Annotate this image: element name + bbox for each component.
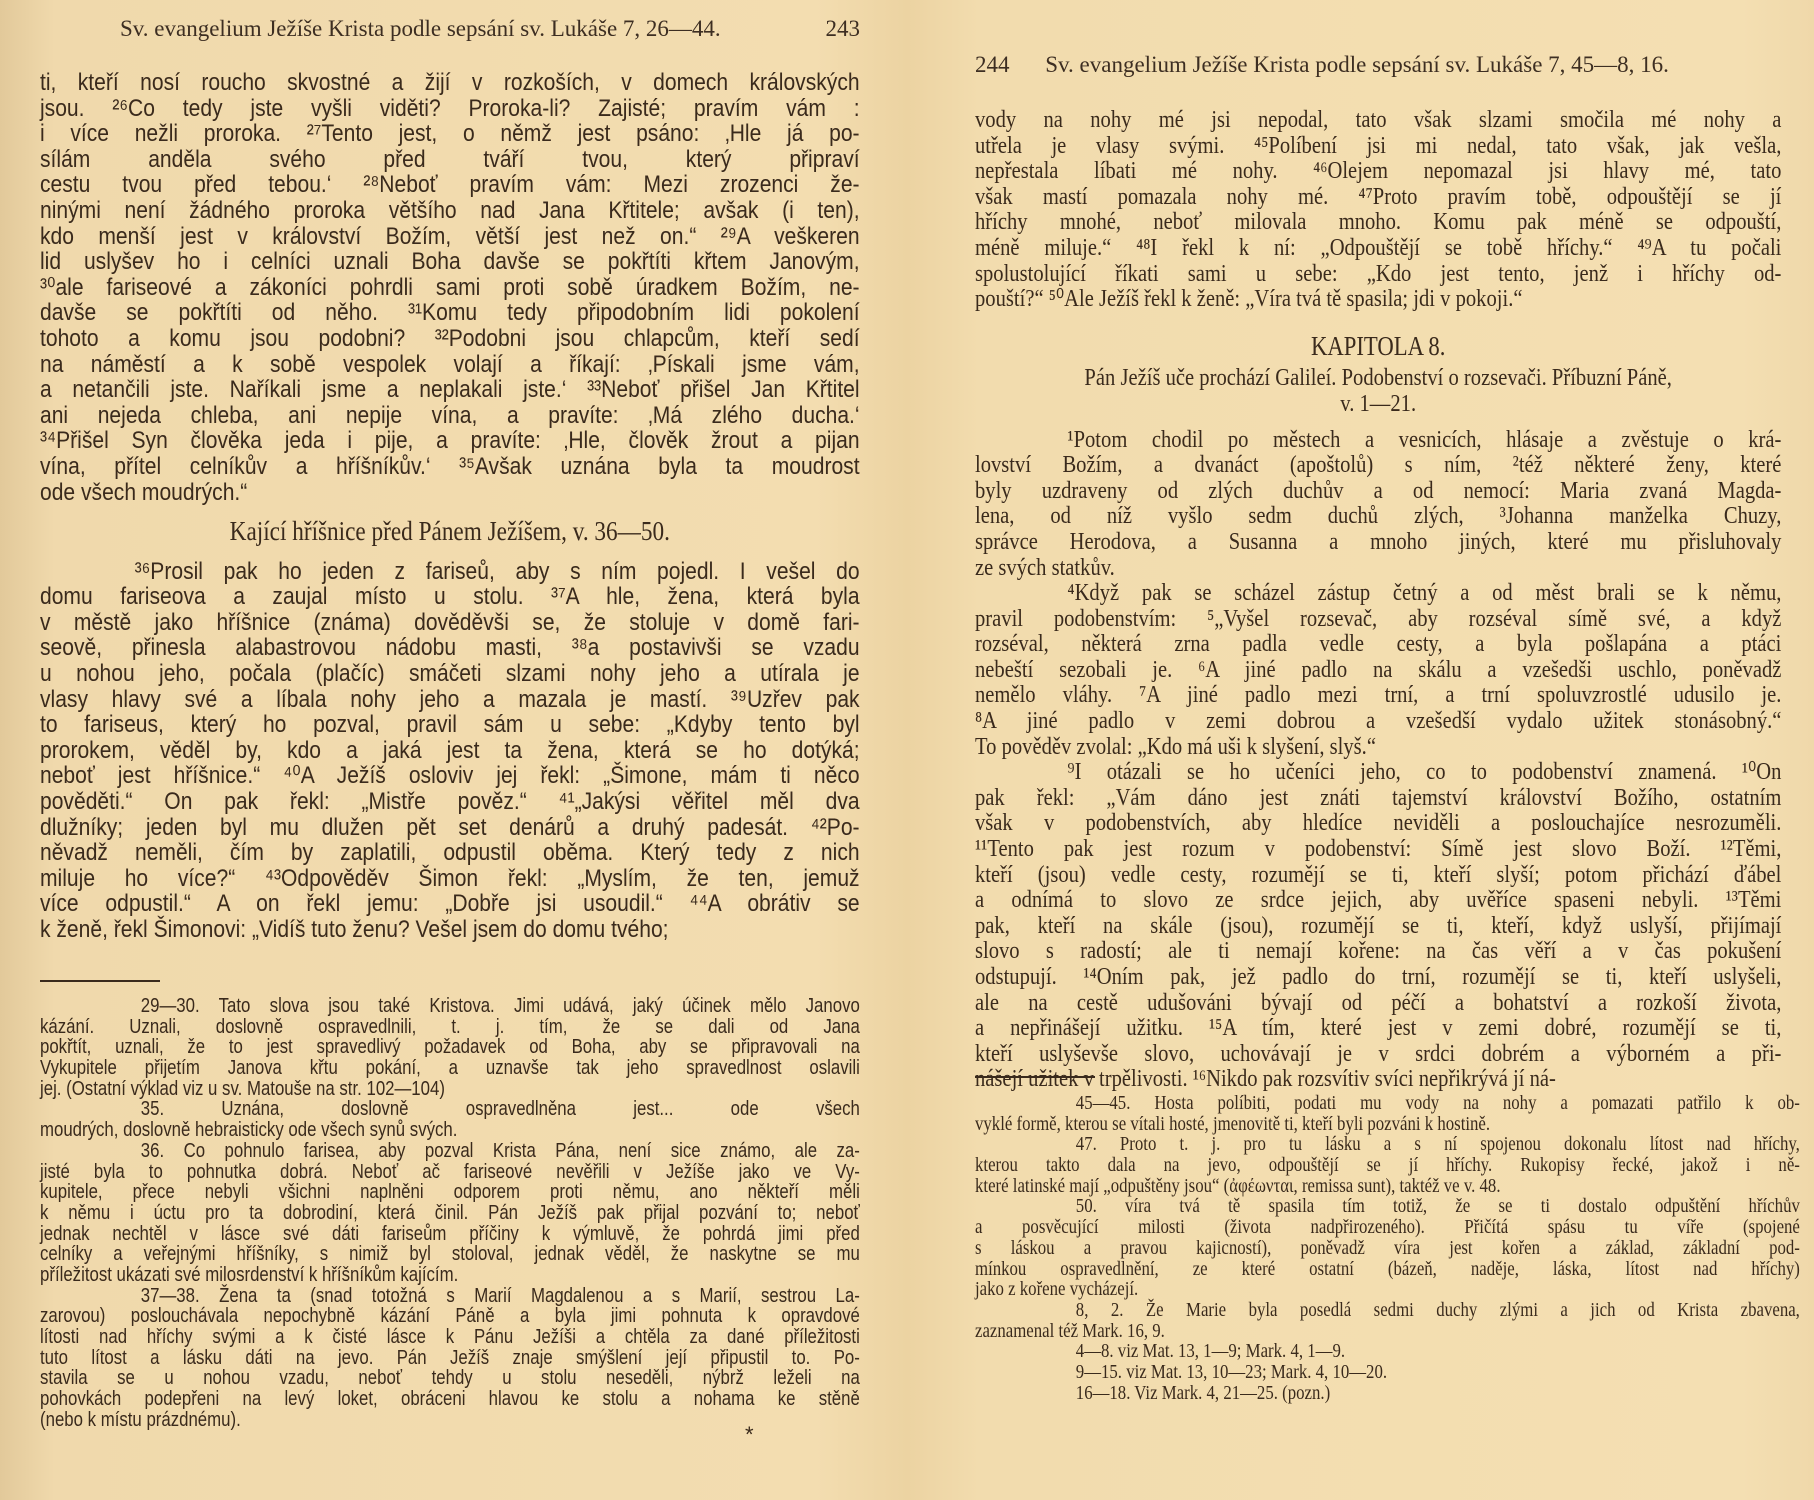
text-line: u nohou jeho, počala (plačíc) smáčeti sl… [40, 661, 860, 687]
footnote-rule [40, 980, 160, 982]
text-line: 35. Uznána, doslovně ospravedlněna jest.… [40, 1099, 860, 1120]
text-line: kázání. Uznali, doslovně ospravedlnili, … [40, 1017, 860, 1038]
text-line: Vykupitele přijetím Janova křtu pokání, … [40, 1058, 860, 1079]
text-line: zarovou) poslouchávala nepochybně kázání… [40, 1306, 860, 1327]
text-line: ⁴Když pak se scházel zástup četný a od m… [975, 580, 1781, 606]
text-line: 4—8. viz Mat. 13, 1—9; Mark. 4, 1—9. [975, 1341, 1800, 1362]
text-line: kteří (jsou) vedle cesty, rozumějí se ti… [975, 862, 1781, 888]
text-line: které latinské mají „odpuštěny jsou“ (ἀφ… [975, 1176, 1800, 1197]
text-line: ³⁶Prosil pak ho jeden z fariseů, aby s n… [40, 559, 860, 585]
text-line: a odnímá to slovo ze srdce jejich, aby u… [975, 887, 1781, 913]
text-line: lena, od níž vyšlo sedm duchů zlých, ³Jo… [975, 503, 1781, 529]
text-line: 29—30. Tato slova jsou také Kristova. Ji… [40, 996, 860, 1017]
text-line: rozséval, některá zrna padla vedle cesty… [975, 631, 1781, 657]
text-line: (nebo k místu prázdnému). [40, 1410, 860, 1431]
text-line: kteří uslyševše slovo, uchovávají je v s… [975, 1041, 1781, 1067]
text-line: hříchy mnohé, neboť milovala mnoho. Komu… [975, 209, 1781, 235]
text-line: domu fariseova a zaujal místo u stolu. ³… [40, 584, 860, 610]
text-line: 8, 2. Že Marie byla posedlá sedmi duchy … [975, 1300, 1800, 1321]
text-line: vína, přítel celníkův a hříšníkův.‘ ³⁵Av… [40, 454, 860, 480]
page-number: 244 [975, 52, 1010, 77]
text-line: s láskou a pravou kajicností), poněvadž … [975, 1238, 1800, 1259]
text-line: pověděti.“ On pak řekl: „Mistře pověz.“ … [40, 789, 860, 815]
text-line: něvadž neměli, čím by zaplatili, odpusti… [40, 840, 860, 866]
text-line: byly uzdraveny od zlých duchův a od nemo… [975, 478, 1781, 504]
footnote-rule [975, 1076, 1095, 1078]
chapter-title: KAPITOLA 8. [975, 334, 1781, 360]
text-line: ani nejeda chleba, ani nepije vína, a pr… [40, 403, 860, 429]
chapter-subtitle: Pán Ježíš uče prochází Galileí. Podobens… [975, 365, 1781, 391]
text-line: kterou takto dala na jevo, odpouštějí se… [975, 1155, 1800, 1176]
text-line: ³⁴Přišel Syn člověka jeda i pije, a prav… [40, 428, 860, 454]
running-head-right: 244 Sv. evangelium Ježíše Krista podle s… [975, 52, 1675, 78]
text-line: pouští?“ ⁵⁰Ale Ježíš řekl k ženě: „Víra … [975, 286, 1781, 312]
text-line: 36. Co pohnulo farisea, aby pozval Krist… [40, 1141, 860, 1162]
text-line: utřela je vlasy svými. ⁴⁵Políbení jsi mi… [975, 133, 1781, 159]
text-line: 9—15. viz Mat. 13, 10—23; Mark. 4, 10—20… [975, 1362, 1800, 1383]
text-line: více odpustil.“ A on řekl jemu: „Dobře j… [40, 891, 860, 917]
text-line: vody na nohy mé jsi nepodal, tato však s… [975, 107, 1781, 133]
text-line: tuto lítost a lásku dáti na jevo. Pán Je… [40, 1348, 860, 1369]
footnotes-right: 45—45. Hosta políbiti, podati mu vody na… [975, 1093, 1800, 1403]
text-line: ninými není žádného proroka většího nad … [40, 198, 860, 224]
text-line: ⁸A jiné padlo v zemi dobrou a vzešedší v… [975, 708, 1781, 734]
text-line: cestu tvou před tebou.‘ ²⁸Neboť pravím v… [40, 172, 860, 198]
page-number: 243 [826, 16, 861, 42]
running-head-title: Sv. evangelium Ježíše Krista podle sepsá… [1045, 52, 1669, 77]
text-line: slovo s radostí; ale ti nemají kořene: n… [975, 938, 1781, 964]
text-line: ze svých statkův. [975, 555, 1781, 581]
text-line: miluje ho více?“ ⁴³Odpověděv Šimon řekl:… [40, 866, 860, 892]
text-line: vlasy hlavy své a líbala nohy jeho a maz… [40, 687, 860, 713]
text-line: a nepřinášejí užitku. ¹⁵A tím, které jes… [975, 1015, 1781, 1041]
text-line: seově, přinesla alabastrovou nádobu mast… [40, 635, 860, 661]
text-line: jsou. ²⁶Co tedy jste vyšli viděti? Proro… [40, 96, 860, 122]
text-line: stavila se u nohou vzadu, neboť tehdy u … [40, 1368, 860, 1389]
text-line: jako z kořene vycházejí. [975, 1279, 1800, 1300]
text-line: zaznamenal též Mark. 16, 9. [975, 1321, 1800, 1342]
text-line: 45—45. Hosta políbiti, podati mu vody na… [975, 1093, 1800, 1114]
text-line: ¹Potom chodil po městech a vesnicích, hl… [975, 427, 1781, 453]
text-line: vyklé formě, kterou se vítali hosté, jme… [975, 1114, 1800, 1135]
body-text-right: vody na nohy mé jsi nepodal, tato však s… [975, 107, 1781, 1092]
text-line: i více nežli proroka. ²⁷Tento jest, o ně… [40, 121, 860, 147]
chapter-subtitle-verses: v. 1—21. [975, 391, 1781, 417]
text-line: ⁹I otázali se ho učeníci jeho, co to pod… [975, 759, 1781, 785]
text-line: pak řekl: „Vám dáno jest znáti tajemství… [975, 785, 1781, 811]
text-line: a posvěcující milosti (života nadpřiroze… [975, 1217, 1800, 1238]
verse-block-1: vody na nohy mé jsi nepodal, tato však s… [975, 107, 1781, 312]
text-line: lid uslyšev ho i celníci uznali Boha dav… [40, 249, 860, 275]
text-line: správce Herodova, a Susanna a mnoho jiný… [975, 529, 1781, 555]
footnotes-left: 29—30. Tato slova jsou také Kristova. Ji… [40, 996, 860, 1430]
text-line: k němu i úctu pro ta dobrodiní, která či… [40, 1203, 860, 1224]
body-text-left: ti, kteří nosí roucho skvostné a žijí v … [40, 70, 860, 943]
text-line: však v podobenstvích, aby hledíce nevidě… [975, 810, 1781, 836]
running-head-left: Sv. evangelium Ježíše Krista podle sepsá… [120, 16, 860, 42]
text-line: nemělo vláhy. ⁷A jiné padlo mezi trní, a… [975, 682, 1781, 708]
text-line: kupitele, přece nebyli všichni naplněni … [40, 1182, 860, 1203]
text-line: 16—18. Viz Mark. 4, 21—25. (pozn.) [975, 1383, 1800, 1404]
text-line: pak, kteří na skále (jsou), rozumějí se … [975, 913, 1781, 939]
text-line: ale na cestě udušováni bývají od péčí a … [975, 990, 1781, 1016]
text-line: nášejí užitek v trpělivosti. ¹⁶Nikdo pak… [975, 1066, 1781, 1092]
text-line: ode všech moudrých.“ [40, 480, 860, 506]
text-line: a netančili jste. Naříkali jsme a neplak… [40, 377, 860, 403]
text-line: jisté byla to pohnutka dobrá. Neboť ač f… [40, 1162, 860, 1183]
text-line: tohoto a komu jsou podobni? ³²Podobni js… [40, 326, 860, 352]
signature-mark: * [745, 1422, 754, 1448]
text-line: 50. víra tvá tě spasila tím totiž, že se… [975, 1196, 1800, 1217]
text-line: mínkou ospravedlnění, ze které ostatní (… [975, 1259, 1800, 1280]
text-line: pohovkách podepřeni na levý loket, obrác… [40, 1389, 860, 1410]
text-line: ti, kteří nosí roucho skvostné a žijí v … [40, 70, 860, 96]
text-line: nebeští sezobali je. ⁶A jiné padlo na sk… [975, 657, 1781, 683]
text-line: ¹¹Tento pak jest rozum v podobenství: Sí… [975, 836, 1781, 862]
section-heading: Kající hříšnice před Pánem Ježíšem, v. 3… [40, 519, 860, 545]
text-line: odstupují. ¹⁴Oním pak, jež padlo do trní… [975, 964, 1781, 990]
text-line: 37—38. Žena ta (snad totožná s Marií Mag… [40, 1286, 860, 1307]
text-line: sílám anděla svého před tváří tvou, kter… [40, 147, 860, 173]
verse-block-1: ti, kteří nosí roucho skvostné a žijí v … [40, 70, 860, 505]
verse-block-2: ¹Potom chodil po městech a vesnicích, hl… [975, 427, 1781, 1092]
text-line: k ženě, řekl Šimonovi: „Vidíš tuto ženu?… [40, 917, 860, 943]
text-line: lítosti nad hříchy svými a k čisté lásce… [40, 1327, 860, 1348]
text-line: pokřtít, uznali, že to jest spravedlivý … [40, 1037, 860, 1058]
text-line: neboť jest hříšnice.“ ⁴⁰A Ježíš osloviv … [40, 763, 860, 789]
text-line: To pověděv zvolal: „Kdo má uši k slyšení… [975, 734, 1781, 760]
text-line: moudrých, doslovně hebraisticky ode všec… [40, 1120, 860, 1141]
text-line: celníky a veřejnými hříšníky, s nimiž by… [40, 1244, 860, 1265]
text-line: na náměstí a k sobě vespolek volají a ří… [40, 352, 860, 378]
text-line: však mastí pomazala nohy mé. ⁴⁷Proto pra… [975, 184, 1781, 210]
text-line: 47. Proto t. j. pro tu lásku a s ní spoj… [975, 1134, 1800, 1155]
text-line: pravil podobenstvím: ⁵„Vyšel rozsevač, a… [975, 606, 1781, 632]
text-line: v městě jako hříšnice (známa) dověděvši … [40, 610, 860, 636]
text-line: méně miluje.“ ⁴⁸I řekl k ní: „Odpouštějí… [975, 235, 1781, 261]
text-line: ³⁰ale fariseové a zákoníci pohrdli sami … [40, 275, 860, 301]
text-line: to fariseus, který ho pozval, pravil sám… [40, 712, 860, 738]
text-line: dlužníky; jeden byl mu dlužen pět set de… [40, 815, 860, 841]
text-line: nepřestala líbati mé nohy. ⁴⁶Olejem nepo… [975, 158, 1781, 184]
text-line: spolustolující říkati sami u sebe: „Kdo … [975, 261, 1781, 287]
text-line: davše se pokřtíti od něho. ³¹Komu tedy p… [40, 300, 860, 326]
text-line: jednak nechtěl v lásce své dáti fariseům… [40, 1224, 860, 1245]
text-line: kdo menší jest v království Božím, větší… [40, 224, 860, 250]
text-line: lovství Božím, a dvanáct (apoštolů) s ní… [975, 452, 1781, 478]
running-head-title: Sv. evangelium Ježíše Krista podle sepsá… [120, 16, 721, 41]
verse-block-2: ³⁶Prosil pak ho jeden z fariseů, aby s n… [40, 559, 860, 943]
text-line: prorokem, věděl by, kdo a jaká jest ta ž… [40, 738, 860, 764]
text-line: příležitost ukázati své milosrdenství k … [40, 1265, 860, 1286]
text-line: jej. (Ostatní výklad viz u sv. Matouše n… [40, 1079, 860, 1100]
